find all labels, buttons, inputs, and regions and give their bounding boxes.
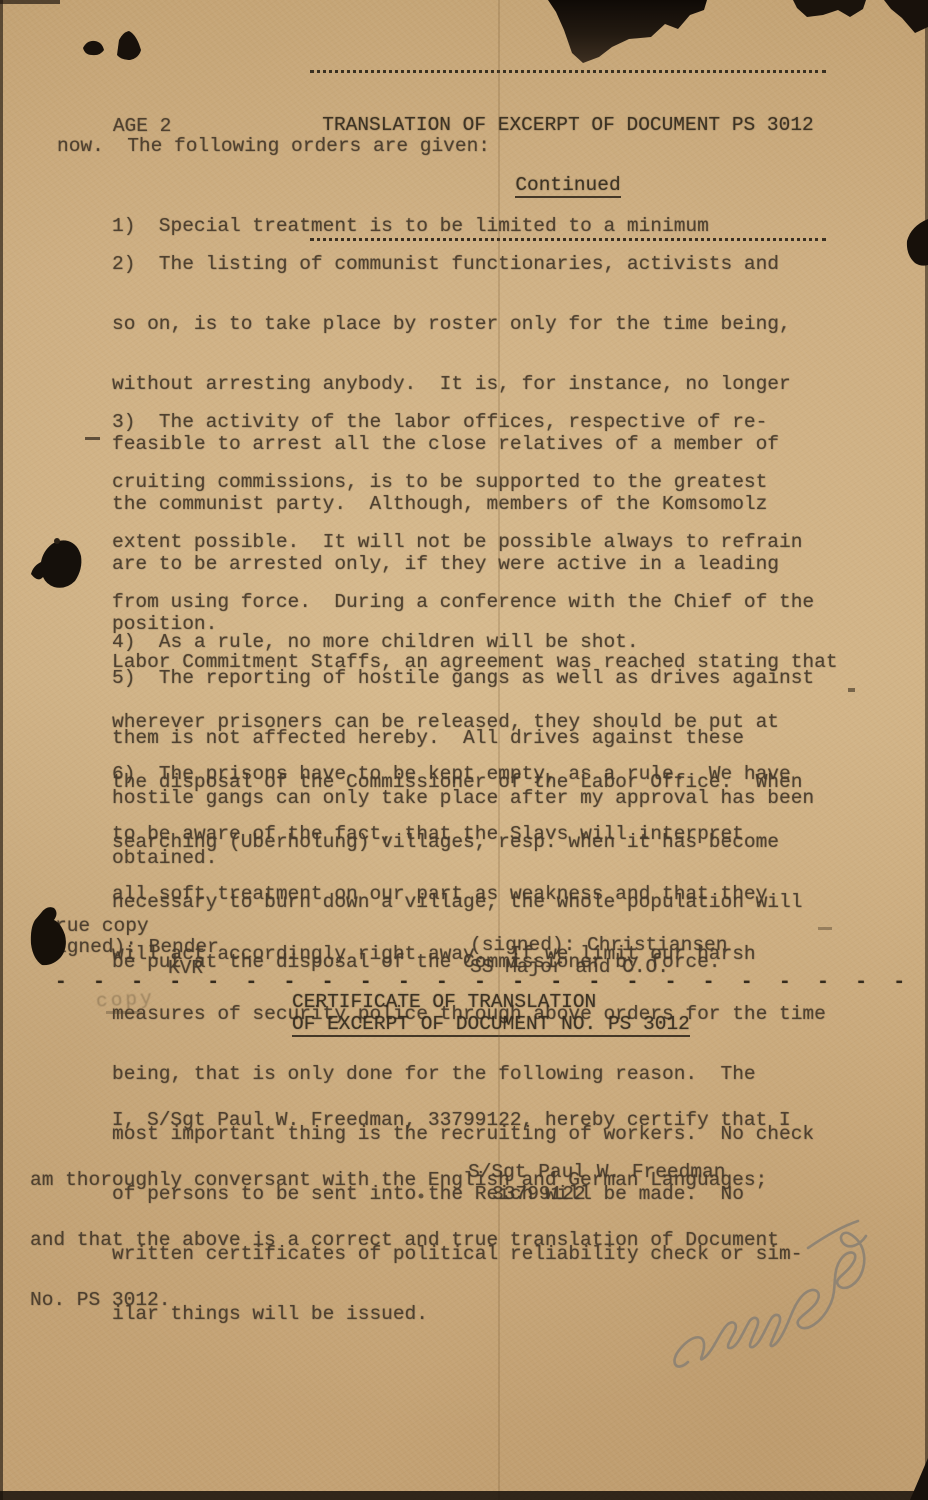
signed-left: igned): Bender: [55, 937, 219, 957]
typed-line: 3) The activity of the labor offices, re…: [112, 412, 838, 432]
translator-name: S/Sgt Paul W. Freedman: [468, 1162, 725, 1182]
typed-line: cruiting commissions, is to be supported…: [112, 472, 838, 492]
dashed-divider: - - - - - - - - - - - - - - - - - - - - …: [55, 972, 855, 992]
ink-blot-small-1: [83, 41, 104, 55]
certificate-subheading-text: OF EXCERPT OF DOCUMENT NO. PS 3012: [292, 1013, 690, 1037]
faint-copy-stamp: copy: [96, 988, 156, 1011]
typed-line: 6) The prisons have to be kept empty, as…: [112, 764, 826, 784]
translator-serial: 33799122: [492, 1184, 586, 1204]
typed-line: No. PS 3012.: [30, 1290, 791, 1310]
ink-blot-right-edge: [907, 219, 928, 266]
ink-blot-middle-left: [31, 540, 81, 587]
typed-line: I, S/Sgt Paul W. Freedman, 33799122, her…: [30, 1110, 791, 1130]
torn-paper-top: [548, 0, 707, 63]
certificate-subheading: OF EXCERPT OF DOCUMENT NO. PS 3012: [292, 1014, 690, 1034]
typed-line: extent possible. It will not be possible…: [112, 532, 838, 552]
typed-line: 2) The listing of communist functionarie…: [112, 254, 791, 274]
true-copy-note: rue copy: [55, 916, 149, 936]
typed-line: 5) The reporting of hostile gangs as wel…: [112, 668, 814, 688]
left-page-edge: [0, 0, 3, 1500]
signed-right: (signed): Christiansen: [470, 935, 727, 955]
ink-blot-small-2: [117, 31, 141, 60]
typed-line: all soft treatment on our part as weakne…: [112, 884, 826, 904]
top-left-edge-shadow: [0, 0, 60, 4]
ink-speck: [54, 538, 60, 544]
torn-paper-top-right: [793, 0, 866, 17]
torn-paper-corner: [884, 0, 928, 33]
certificate-heading: CERTIFICATE OF TRANSLATION: [292, 992, 596, 1012]
typed-line: and that the above is a correct and true…: [30, 1230, 791, 1250]
typed-line: to be aware of the fact, that the Slavs …: [112, 824, 826, 844]
intro-line: now. The following orders are given:: [57, 136, 490, 156]
certificate-paragraph: I, S/Sgt Paul W. Freedman, 33799122, her…: [30, 1070, 791, 1350]
torn-corner-bottom-right: [910, 1458, 928, 1500]
document-page: AGE 2 TRANSLATION OF EXCERPT OF DOCUMENT…: [0, 0, 928, 1500]
page-number-text: AGE 2: [113, 115, 172, 137]
stray-dash-mark: [85, 437, 100, 440]
bottom-page-edge: [0, 1491, 928, 1500]
stray-speck: [848, 688, 855, 692]
document-title: TRANSLATION OF EXCERPT OF DOCUMENT PS 30…: [310, 115, 826, 135]
typed-line: so on, is to take place by roster only f…: [112, 314, 791, 334]
